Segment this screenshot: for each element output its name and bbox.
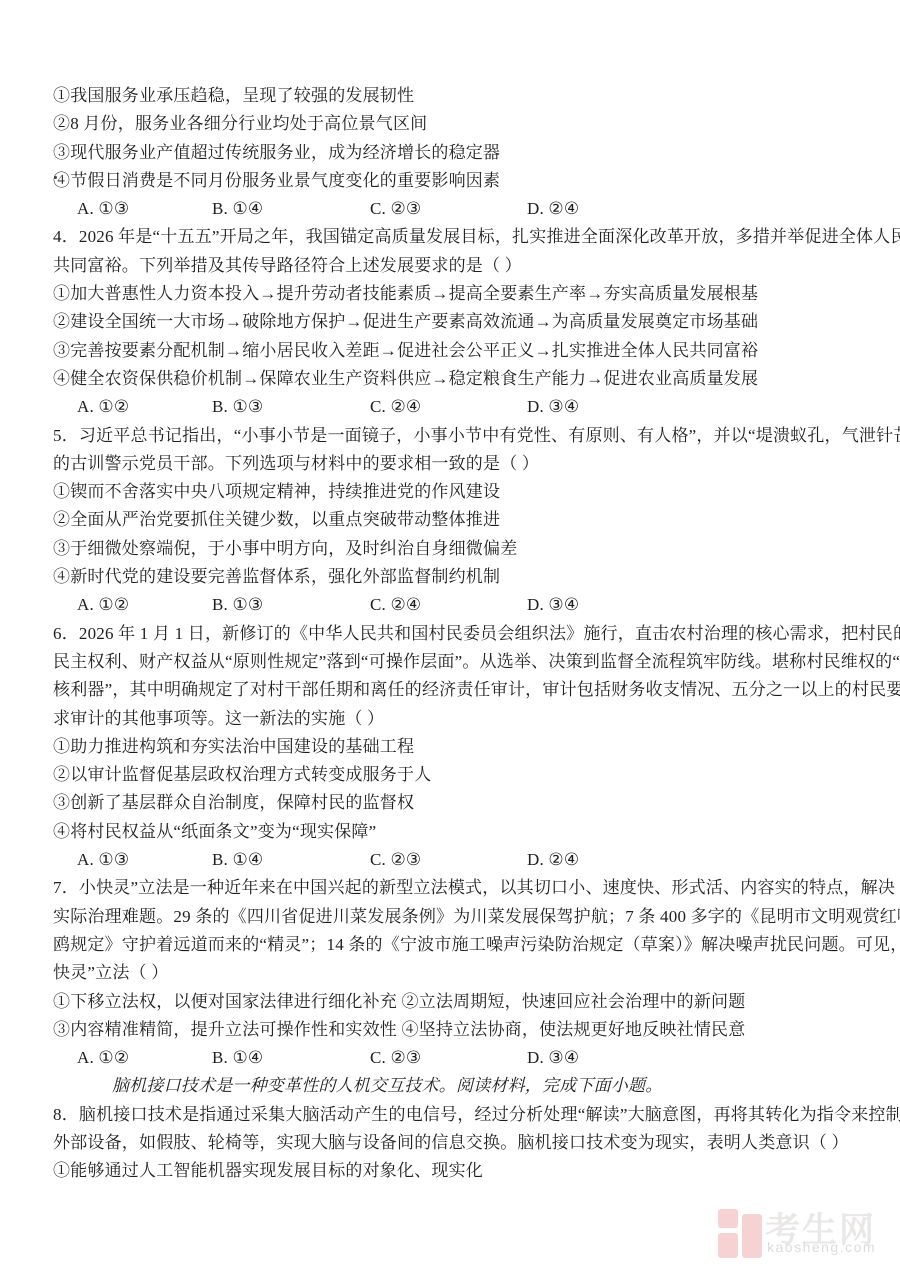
q5-options-row: A. ①② B. ①③ C. ②④ D. ③④ xyxy=(53,591,863,619)
statement-line: ③完善按要素分配机制→缩小居民收入差距→促进社会公平正义→扎实推进全体人民共同富… xyxy=(53,337,863,365)
statement-line: ②以审计监督促基层政权治理方式转变成服务于人 xyxy=(53,761,863,789)
q5-option-d: D. ③④ xyxy=(527,591,579,619)
statement-line: ①能够通过人工智能机器实现发展目标的对象化、现实化 xyxy=(53,1157,863,1185)
watermark-logo-block xyxy=(718,1209,738,1228)
q5-stem-line: 的古训警示党员干部。下列选项与材料中的要求相一致的是（ ） xyxy=(53,450,863,478)
q7-stem-line: 7．小快灵”立法是一种近年来在中国兴起的新型立法模式，以其切口小、速度快、形式活… xyxy=(53,874,863,902)
reading-intro: 脑机接口技术是一种变革性的人机交互技术。阅读材料，完成下面小题。 xyxy=(53,1072,863,1100)
q6-options-row: A. ①③ B. ①④ C. ②③ D. ②④ xyxy=(53,846,863,874)
q5-option-b: B. ①③ xyxy=(212,591,263,619)
statement-line: ③创新了基层群众自治制度，保障村民的监督权 xyxy=(53,789,863,817)
statement-line: ③现代服务业产值超过传统服务业，成为经济增长的稳定器 xyxy=(53,139,863,167)
q3-option-b: B. ①④ xyxy=(212,195,263,223)
exam-page-body: ①我国服务业承压趋稳，呈现了较强的发展韧性 ②8 月份，服务业各细分行业均处于高… xyxy=(53,82,863,1186)
q6-stem-line: 民主权利、财产权益从“原则性规定”落到“可操作层面”。从选举、决策到监督全流程筑… xyxy=(53,648,863,676)
q3-option-d: D. ②④ xyxy=(527,195,579,223)
statement-line: ①锲而不舍落实中央八项规定精神，持续推进党的作风建设 xyxy=(53,478,863,506)
q4-option-d: D. ③④ xyxy=(527,393,579,421)
q6-option-d: D. ②④ xyxy=(527,846,579,874)
watermark-logo-block xyxy=(718,1233,738,1258)
q7-option-d: D. ③④ xyxy=(527,1044,579,1072)
q6-option-c: C. ②③ xyxy=(370,846,421,874)
q4-stem-line: 共同富裕。下列举措及其传导路径符合上述发展要求的是（ ） xyxy=(53,252,863,280)
q6-stem-line: 6．2026 年 1 月 1 日，新修订的《中华人民共和国村民委员会组织法》施行… xyxy=(53,620,863,648)
q3-options-row: A. ①③ B. ①④ C. ②③ D. ②④ xyxy=(53,195,863,223)
statement-line: ①助力推进构筑和夯实法治中国建设的基础工程 xyxy=(53,733,863,761)
q6-stem-line: 求审计的其他事项等。这一新法的实施（ ） xyxy=(53,705,863,733)
q4-stem-line: 4．2026 年是“十五五”开局之年，我国锚定高质量发展目标，扎实推进全面深化改… xyxy=(53,223,863,251)
q4-option-a: A. ①② xyxy=(77,393,129,421)
statement-line: ④将村民权益从“纸面条文”变为“现实保障” xyxy=(53,818,863,846)
watermark-logo-block xyxy=(742,1214,762,1258)
q4-options-row: A. ①② B. ①③ C. ②④ D. ③④ xyxy=(53,393,863,421)
q6-option-a: A. ①③ xyxy=(77,846,129,874)
q7-option-b: B. ①④ xyxy=(212,1044,263,1072)
statement-line: ②全面从严治党要抓住关键少数，以重点突破带动整体推进 xyxy=(53,506,863,534)
statement-line: ④健全农资保供稳价机制→保障农业生产资料供应→稳定粮食生产能力→促进农业高质量发… xyxy=(53,365,863,393)
statement-line: ③于细微处察端倪，于小事中明方向，及时纠治自身细微偏差 xyxy=(53,535,863,563)
q8-stem-line: 外部设备，如假肢、轮椅等，实现大脑与设备间的信息交换。脑机接口技术变为现实，表明… xyxy=(53,1129,863,1157)
statement-line: ④新时代党的建设要完善监督体系，强化外部监督制约机制 xyxy=(53,563,863,591)
q5-option-c: C. ②④ xyxy=(370,591,421,619)
q7-option-a: A. ①② xyxy=(77,1044,129,1072)
statement-line: ②建设全国统一大市场→破除地方保护→促进生产要素高效流通→为高质量发展奠定市场基… xyxy=(53,308,863,336)
q4-option-b: B. ①③ xyxy=(212,393,263,421)
q3-option-a: A. ①③ xyxy=(77,195,129,223)
q7-option-c: C. ②③ xyxy=(370,1044,421,1072)
q6-option-b: B. ①④ xyxy=(212,846,263,874)
q5-option-a: A. ①② xyxy=(77,591,129,619)
q4-option-c: C. ②④ xyxy=(370,393,421,421)
statement-line: ④节假日消费是不同月份服务业景气度变化的重要影响因素 xyxy=(53,167,863,195)
q6-stem-line: 核利器”，其中明确规定了对村干部任期和离任的经济责任审计，审计包括财务收支情况、… xyxy=(53,676,863,704)
statement-line: ①我国服务业承压趋稳，呈现了较强的发展韧性 xyxy=(53,82,863,110)
statement-line: ①加大普惠性人力资本投入→提升劳动者技能素质→提高全要素生产率→夯实高质量发展根… xyxy=(53,280,863,308)
statement-line: ③内容精准精简，提升立法可操作性和实效性 ④坚持立法协商，使法规更好地反映社情民… xyxy=(53,1016,863,1044)
q7-options-row: A. ①② B. ①④ C. ②③ D. ③④ xyxy=(53,1044,863,1072)
q3-option-c: C. ②③ xyxy=(370,195,421,223)
q7-stem-line: 鸥规定》守护着远道而来的“精灵”；14 条的《宁波市施工噪声污染防治规定（草案）… xyxy=(53,931,863,959)
q8-stem-line: 8．脑机接口技术是指通过采集大脑活动产生的电信号，经过分析处理“解读”大脑意图，… xyxy=(53,1101,863,1129)
watermark-domain-text: kaosheng.com xyxy=(767,1239,876,1255)
q7-stem-line: 快灵”立法（ ） xyxy=(53,959,863,987)
q5-stem-line: 5．习近平总书记指出，“小事小节是一面镜子，小事小节中有党性、有原则、有人格”，… xyxy=(53,422,863,450)
q7-stem-line: 实际治理难题。29 条的《四川省促进川菜发展条例》为川菜发展保驾护航；7 条 4… xyxy=(53,903,863,931)
statement-line: ②8 月份，服务业各细分行业均处于高位景气区间 xyxy=(53,110,863,138)
statement-line: ①下移立法权，以便对国家法律进行细化补充 ②立法周期短，快速回应社会治理中的新问… xyxy=(53,988,863,1016)
